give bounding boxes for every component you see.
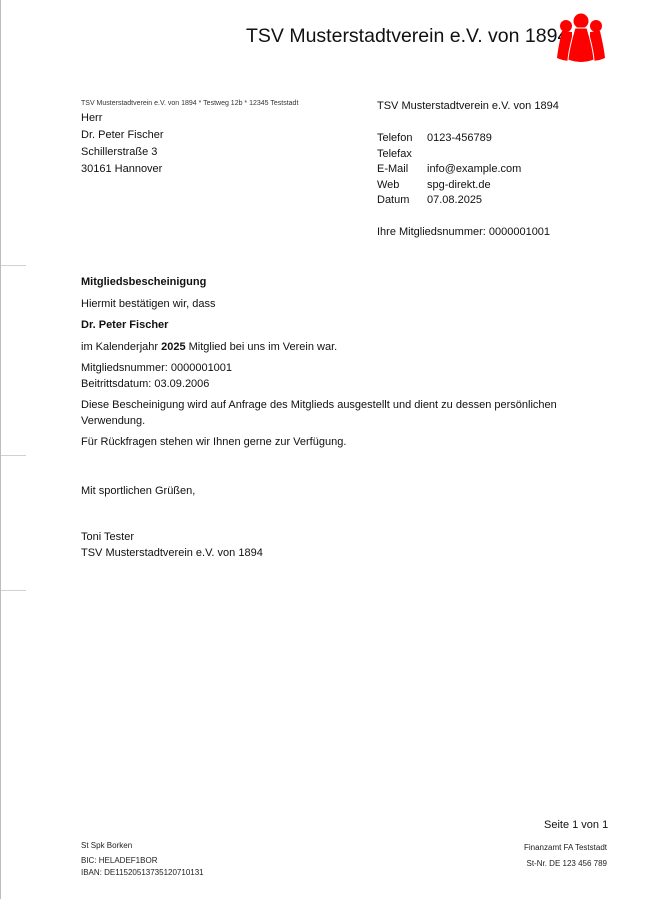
- info-row-email: E-Mail info@example.com: [377, 162, 559, 178]
- member-number: Mitgliedsnummer: 0000001001: [81, 361, 581, 377]
- closing-text: Mit sportlichen Grüßen,: [81, 484, 581, 500]
- member-reference: Ihre Mitgliedsnummer: 0000001001: [377, 225, 559, 239]
- people-group-icon: [556, 12, 606, 64]
- fold-mark: [1, 590, 26, 591]
- info-label: E-Mail: [377, 162, 427, 178]
- questions-text: Für Rückfragen stehen wir Ihnen gerne zu…: [81, 435, 581, 451]
- recipient-name: Dr. Peter Fischer: [81, 127, 164, 144]
- statement-suffix: Mitglied bei uns im Verein war.: [186, 341, 338, 353]
- statement-year: 2025: [161, 341, 185, 353]
- sender-return-address: TSV Musterstadtverein e.V. von 1894 * Te…: [81, 100, 298, 107]
- page-edge: [0, 0, 1, 899]
- bic: BIC: HELADEF1BOR: [81, 855, 204, 867]
- info-label: Telefon: [377, 131, 427, 147]
- info-value: spg-direkt.de: [427, 178, 491, 194]
- member-name: Dr. Peter Fischer: [81, 318, 581, 334]
- intro-text: Hiermit bestätigen wir, dass: [81, 297, 581, 313]
- info-value: 0123-456789: [427, 131, 492, 147]
- letter-body: Mitgliedsbescheinigung Hiermit bestätige…: [81, 275, 581, 561]
- info-label: Datum: [377, 193, 427, 209]
- signer-organization: TSV Musterstadtverein e.V. von 1894: [81, 546, 581, 562]
- info-label: Telefax: [377, 147, 427, 163]
- info-row-web: Web spg-direkt.de: [377, 178, 559, 194]
- info-value: 07.08.2025: [427, 193, 482, 209]
- letter-subject: Mitgliedsbescheinigung: [81, 275, 581, 291]
- recipient-street: Schillerstraße 3: [81, 144, 164, 161]
- footer-tax-details: Finanzamt FA Teststadt St-Nr. DE 123 456…: [524, 840, 607, 872]
- recipient-city: 30161 Hannover: [81, 161, 164, 178]
- fold-mark: [1, 265, 26, 266]
- info-value: info@example.com: [427, 162, 521, 178]
- info-row-telefax: Telefax: [377, 147, 559, 163]
- tax-number: St-Nr. DE 123 456 789: [524, 856, 607, 872]
- recipient-salutation: Herr: [81, 110, 164, 127]
- info-organization: TSV Musterstadtverein e.V. von 1894: [377, 99, 559, 113]
- signer-name: Toni Tester: [81, 530, 581, 546]
- iban: IBAN: DE11520513735120710131: [81, 867, 204, 879]
- page-number: Seite 1 von 1: [544, 819, 608, 831]
- statement-prefix: im Kalenderjahr: [81, 341, 161, 353]
- sender-info-block: TSV Musterstadtverein e.V. von 1894 Tele…: [377, 99, 559, 239]
- info-row-datum: Datum 07.08.2025: [377, 193, 559, 209]
- bank-name: St Spk Borken: [81, 840, 204, 852]
- purpose-text: Diese Bescheinigung wird auf Anfrage des…: [81, 398, 581, 429]
- recipient-address: Herr Dr. Peter Fischer Schillerstraße 3 …: [81, 110, 164, 178]
- info-label: Web: [377, 178, 427, 194]
- membership-statement: im Kalenderjahr 2025 Mitglied bei uns im…: [81, 340, 581, 356]
- footer-bank-details: St Spk Borken BIC: HELADEF1BOR IBAN: DE1…: [81, 840, 204, 879]
- info-row-telefon: Telefon 0123-456789: [377, 131, 559, 147]
- tax-office: Finanzamt FA Teststadt: [524, 840, 607, 856]
- join-date: Beitrittsdatum: 03.09.2006: [81, 377, 581, 393]
- fold-mark: [1, 455, 26, 456]
- letterhead-title: TSV Musterstadtverein e.V. von 1894: [246, 25, 568, 48]
